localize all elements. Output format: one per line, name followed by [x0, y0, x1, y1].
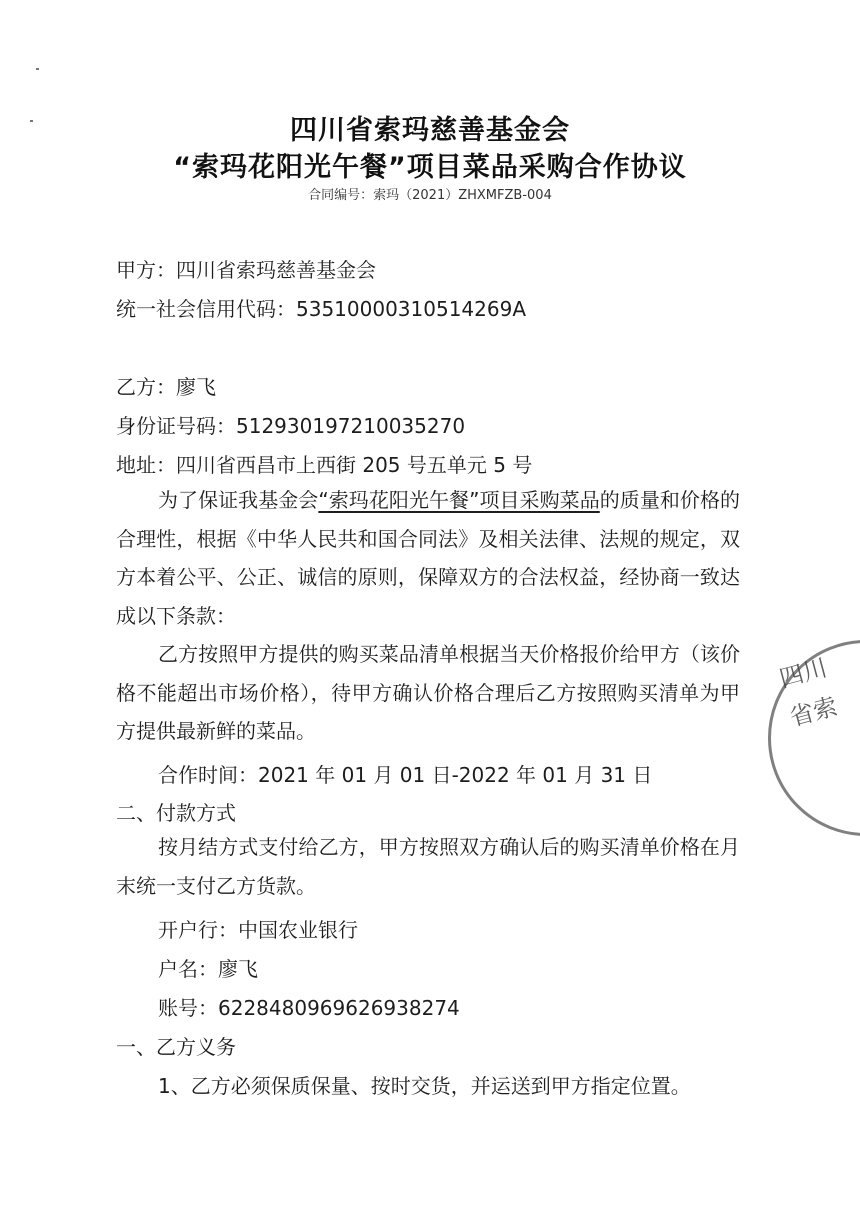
- account-number: 账号：6228480969626938274: [158, 992, 460, 1021]
- party-b-address: 地址：四川省西昌市上西街 205 号五单元 5 号: [116, 449, 532, 478]
- account-name: 户名：廖飞: [158, 953, 258, 982]
- title-agreement: “索玛花阳光午餐”项目菜品采购合作协议: [0, 145, 860, 184]
- title-organization: 四川省索玛慈善基金会: [0, 108, 860, 147]
- document-page: 四川省索玛慈善基金会 “索玛花阳光午餐”项目菜品采购合作协议 合同编号：索玛（2…: [0, 0, 860, 1218]
- obligations-heading: 一、乙方义务: [116, 1031, 236, 1060]
- supply-clause-paragraph: 乙方按照甲方提供的购买菜品清单根据当天价格报价给甲方（该价格不能超出市场价格），…: [116, 635, 740, 751]
- party-a-name: 甲方：四川省索玛慈善基金会: [116, 254, 376, 283]
- contract-number: 合同编号：索玛（2021）ZHXMFZB-004: [0, 184, 860, 203]
- payment-paragraph: 按月结方式支付给乙方，甲方按照双方确认后的购买清单价格在月末统一支付乙方货款。: [116, 828, 740, 905]
- bank-name: 开户行：中国农业银行: [158, 914, 358, 943]
- payment-heading: 二、付款方式: [116, 797, 236, 826]
- party-a-credit-code: 统一社会信用代码：53510000310514269A: [116, 293, 526, 322]
- preamble-prefix: 为了保证我基金会: [158, 488, 318, 512]
- preamble-project-underlined: “索玛花阳光午餐”项目采购菜品: [318, 488, 599, 512]
- scan-speck: [36, 68, 39, 70]
- obligation-item-1: 1、乙方必须保质保量、按时交货，并运送到甲方指定位置。: [158, 1070, 691, 1099]
- party-b-id: 身份证号码：512930197210035270: [116, 410, 465, 439]
- cooperation-period: 合作时间：2021 年 01 月 01 日-2022 年 01 月 31 日: [158, 759, 652, 788]
- party-b-name: 乙方：廖飞: [116, 371, 216, 400]
- preamble-paragraph: 为了保证我基金会“索玛花阳光午餐”项目采购菜品的质量和价格的合理性，根据《中华人…: [116, 481, 740, 635]
